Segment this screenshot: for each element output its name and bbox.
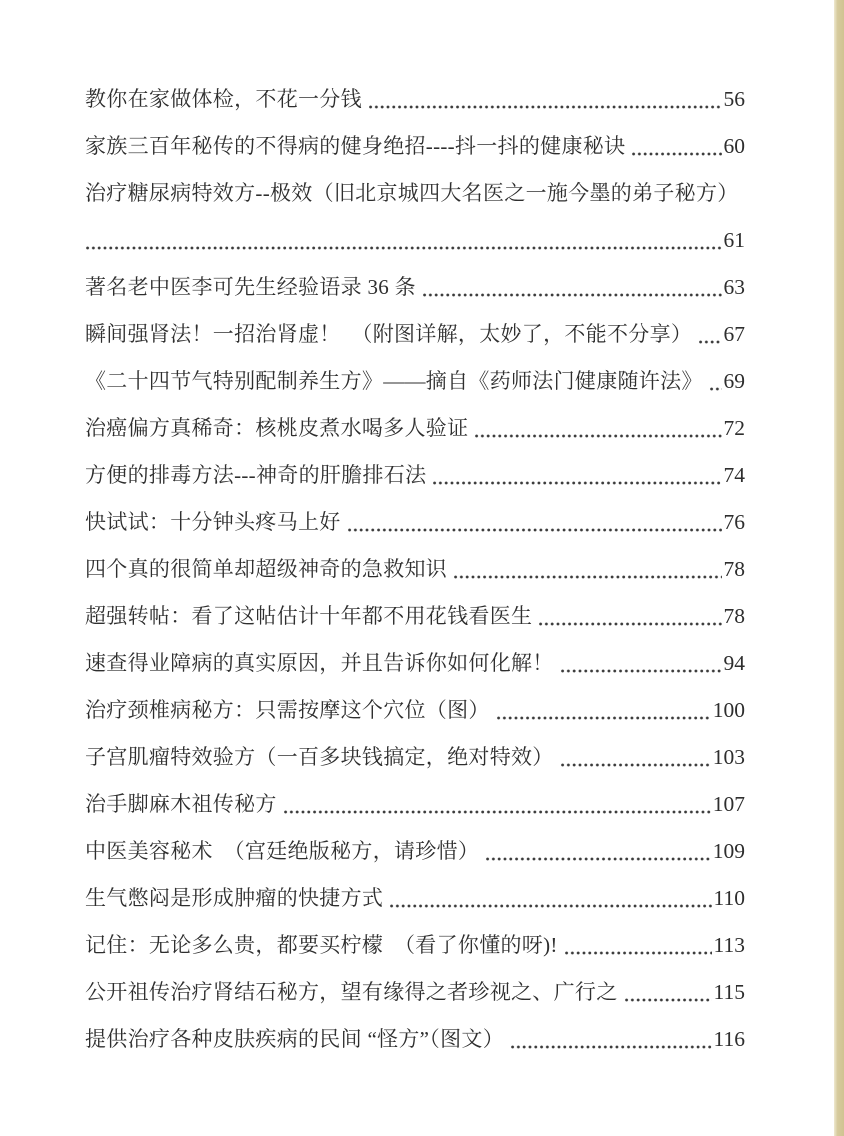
toc-leader-dots	[348, 528, 722, 532]
toc-leader-dots	[710, 387, 722, 391]
toc-leader-dots	[86, 246, 722, 250]
toc-leader-dots	[454, 575, 721, 579]
toc-entry-title: 超强转帖：看了这帖估计十年都不用花钱看医生	[85, 593, 532, 640]
toc-entry-page: 116	[714, 1016, 745, 1063]
toc-entry-title: 治手脚麻木祖传秘方	[85, 781, 277, 828]
toc-entry: 快试试：十分钟头疼马上好 76	[85, 499, 745, 546]
toc-entry-title: 家族三百年秘传的不得病的健身绝招----抖一抖的健康秘诀	[85, 123, 625, 170]
toc-entry-title: 四个真的很简单却超级神奇的急救知识	[85, 546, 447, 593]
toc-leader-dots	[625, 998, 712, 1002]
toc-entry-title: 提供治疗各种皮肤疾病的民间 “怪方”（图文）	[85, 1016, 504, 1063]
toc-entry: 治癌偏方真稀奇：核桃皮煮水喝多人验证 72	[85, 405, 745, 452]
toc-entry-title: 治癌偏方真稀奇：核桃皮煮水喝多人验证	[85, 405, 468, 452]
toc-leader-dots	[539, 622, 721, 626]
toc-entry-page: 94	[724, 640, 746, 687]
toc-leader-dots	[390, 904, 711, 908]
toc-entry: 教你在家做体检，不花一分钱 56	[85, 76, 745, 123]
toc-entry-title: 著名老中医李可先生经验语录 36 条	[85, 264, 416, 311]
toc-entry: 治手脚麻木祖传秘方 107	[85, 781, 745, 828]
toc-entry: 四个真的很简单却超级神奇的急救知识 78	[85, 546, 745, 593]
toc-leader-dots	[561, 669, 722, 673]
document-page: 教你在家做体检，不花一分钱 56 家族三百年秘传的不得病的健身绝招----抖一抖…	[0, 0, 844, 1136]
toc-entry: 瞬间强肾法！一招治肾虚！ （附图详解，太妙了，不能不分享） 67	[85, 311, 745, 358]
toc-leader-dots	[486, 857, 711, 861]
toc-entry-page: 110	[714, 875, 745, 922]
toc-leader-dots	[565, 951, 712, 955]
toc-entry-title: 治疗糖尿病特效方--极效（旧北京城四大名医之一施今墨的弟子秘方）	[85, 170, 739, 217]
toc-leader-dots	[511, 1045, 712, 1049]
toc-entry-page: 113	[714, 922, 745, 969]
toc-entry-page: 103	[713, 734, 745, 781]
toc-entry: 记住：无论多么贵，都要买柠檬 （看了你懂的呀)! 113	[85, 922, 745, 969]
toc-entry: 方便的排毒方法---神奇的肝膽排石法 74	[85, 452, 745, 499]
toc-list: 教你在家做体检，不花一分钱 56 家族三百年秘传的不得病的健身绝招----抖一抖…	[85, 76, 745, 1063]
toc-entry-page: 56	[724, 76, 746, 123]
toc-entry: 治疗颈椎病秘方：只需按摩这个穴位（图） 100	[85, 687, 745, 734]
toc-entry-title: 生气憋闷是形成肿瘤的快捷方式	[85, 875, 383, 922]
toc-entry-title: 方便的排毒方法---神奇的肝膽排石法	[85, 452, 426, 499]
toc-entry: 《二十四节气特别配制养生方》——摘自《药师法门健康随许法》 69	[85, 358, 745, 405]
toc-entry: 子宫肌瘤特效验方（一百多块钱搞定，绝对特效） 103	[85, 734, 745, 781]
toc-entry: 速查得业障病的真实原因，并且告诉你如何化解！ 94	[85, 640, 745, 687]
toc-entry: 超强转帖：看了这帖估计十年都不用花钱看医生 78	[85, 593, 745, 640]
toc-entry-page: 78	[724, 593, 746, 640]
toc-leader-dots	[475, 434, 721, 438]
toc-leader-dots	[497, 716, 711, 720]
toc-entry-title: 子宫肌瘤特效验方（一百多块钱搞定，绝对特效）	[85, 734, 554, 781]
toc-leader-dots	[561, 763, 711, 767]
toc-entry-page: 74	[724, 452, 746, 499]
page-edge-strip	[834, 0, 844, 1136]
toc-entry: 治疗糖尿病特效方--极效（旧北京城四大名医之一施今墨的弟子秘方）	[85, 170, 745, 217]
toc-leader-dots	[423, 293, 722, 297]
toc-entry: 提供治疗各种皮肤疾病的民间 “怪方”（图文） 116	[85, 1016, 745, 1063]
toc-entry-title: 公开祖传治疗肾结石秘方，望有缘得之者珍视之、广行之	[85, 969, 618, 1016]
toc-entry-title: 治疗颈椎病秘方：只需按摩这个穴位（图）	[85, 687, 490, 734]
toc-entry-page: 69	[724, 358, 746, 405]
toc-leader-dots	[369, 105, 722, 109]
toc-entry-page: 76	[724, 499, 746, 546]
toc-entry-title: 中医美容秘术 （宫廷绝版秘方，请珍惜）	[85, 828, 479, 875]
toc-entry: 61	[85, 217, 745, 264]
toc-entry-page: 67	[724, 311, 746, 358]
toc-entry-page: 100	[713, 687, 745, 734]
toc-entry-page: 109	[713, 828, 745, 875]
toc-entry-page: 78	[724, 546, 746, 593]
toc-entry-page: 72	[724, 405, 746, 452]
toc-leader-dots	[632, 152, 721, 156]
toc-leader-dots	[284, 810, 711, 814]
toc-entry-title: 教你在家做体检，不花一分钱	[85, 76, 362, 123]
toc-entry-page: 61	[724, 217, 746, 264]
toc-entry: 公开祖传治疗肾结石秘方，望有缘得之者珍视之、广行之 115	[85, 969, 745, 1016]
toc-entry-page: 115	[714, 969, 745, 1016]
toc-entry: 著名老中医李可先生经验语录 36 条 63	[85, 264, 745, 311]
toc-entry-title: 快试试：十分钟头疼马上好	[85, 499, 341, 546]
toc-entry: 生气憋闷是形成肿瘤的快捷方式 110	[85, 875, 745, 922]
toc-entry-page: 63	[724, 264, 746, 311]
toc-entry: 中医美容秘术 （宫廷绝版秘方，请珍惜） 109	[85, 828, 745, 875]
toc-entry-page: 107	[713, 781, 745, 828]
toc-entry-title: 瞬间强肾法！一招治肾虚！ （附图详解，太妙了，不能不分享）	[85, 311, 692, 358]
toc-leader-dots	[699, 340, 721, 344]
toc-entry-title: 《二十四节气特别配制养生方》——摘自《药师法门健康随许法》	[85, 358, 703, 405]
toc-entry-page: 60	[724, 123, 746, 170]
toc-entry-title: 记住：无论多么贵，都要买柠檬 （看了你懂的呀)!	[85, 922, 558, 969]
toc-leader-dots	[433, 481, 721, 485]
toc-entry: 家族三百年秘传的不得病的健身绝招----抖一抖的健康秘诀 60	[85, 123, 745, 170]
toc-entry-title: 速查得业障病的真实原因，并且告诉你如何化解！	[85, 640, 554, 687]
